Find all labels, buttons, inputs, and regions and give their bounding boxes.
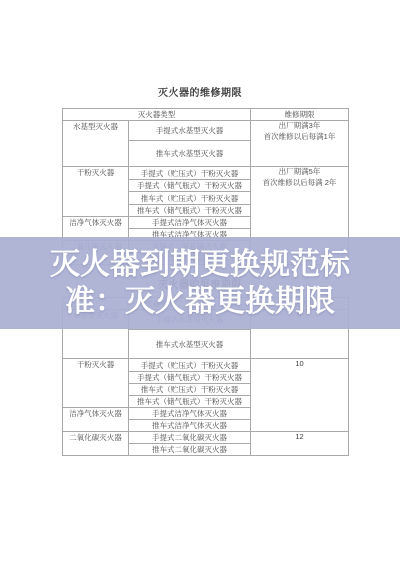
- t1-period-others-line1: 出厂期满5年: [251, 167, 348, 178]
- t2-subtype: 推车式（贮压式）干粉灭火器: [129, 384, 251, 396]
- t2-category-cleangas: 洁净气体灭火器: [63, 408, 129, 432]
- t2-subtype: 推车式洁净气体灭火器: [129, 420, 251, 432]
- watermark-text-line1: 灭火器到期更换规范标: [50, 246, 350, 283]
- watermark-banner: 灭火器到期更换规范标 准：灭火器更换期限: [0, 237, 400, 329]
- t2-subtype: 手提式（储气瓶式）干粉灭火器: [129, 372, 251, 384]
- t2-subtype: 推车式（储气瓶式）干粉灭火器: [129, 396, 251, 408]
- watermark-text-line2: 准：灭火器更换期限: [65, 283, 335, 320]
- t1-subtype: 手提式（贮压式）干粉灭火器: [129, 167, 251, 180]
- t1-period-water-line1: 出厂期满3年: [251, 121, 348, 132]
- document-page: 灭火器的维修期限 灭火器类型 维修期限 水基型灭火器 手提式水基型灭火器 出厂期…: [0, 0, 400, 566]
- t2-category-drypowder: 干粉灭火器: [63, 359, 129, 408]
- t2-period-drypowder-cleangas: 10: [251, 359, 349, 432]
- t1-subtype: 手提式水基型灭火器: [129, 121, 251, 141]
- t1-category-water: 水基型灭火器: [63, 121, 129, 167]
- t1-period-others-line2: 首次维修以后每满 2年: [251, 178, 348, 189]
- t2-subtype: 推车式二氧化碳灭火器: [129, 444, 251, 456]
- t2-subtype: 推车式水基型灭火器: [129, 330, 251, 359]
- maintenance-table-title: 灭火器的维修期限: [0, 84, 400, 99]
- t1-header-period: 维修期限: [251, 109, 349, 121]
- t1-subtype: 推车式水基型灭火器: [129, 141, 251, 167]
- t2-period-co2: 12: [251, 432, 349, 456]
- t2-subtype: 手提式洁净气体灭火器: [129, 408, 251, 420]
- t1-subtype: 推车式（贮压式）干粉灭火器: [129, 192, 251, 205]
- t1-subtype: 手提式洁净气体灭火器: [129, 217, 251, 229]
- t2-subtype: 手提式二氧化碳灭火器: [129, 432, 251, 444]
- t1-subtype: 推车式（储气瓶式）干粉灭火器: [129, 205, 251, 217]
- t2-subtype: 手提式（贮压式）干粉灭火器: [129, 359, 251, 372]
- t1-category-drypowder: 干粉灭火器: [63, 167, 129, 217]
- t2-category-co2: 二氧化碳灭火器: [63, 432, 129, 456]
- t1-header-type: 灭火器类型: [63, 109, 251, 121]
- t1-period-water-line2: 首次维修以后每满1年: [251, 132, 348, 143]
- t1-subtype: 手提式（储气瓶式）干粉灭火器: [129, 180, 251, 192]
- t1-period-water: 出厂期满3年 首次维修以后每满1年: [251, 121, 349, 167]
